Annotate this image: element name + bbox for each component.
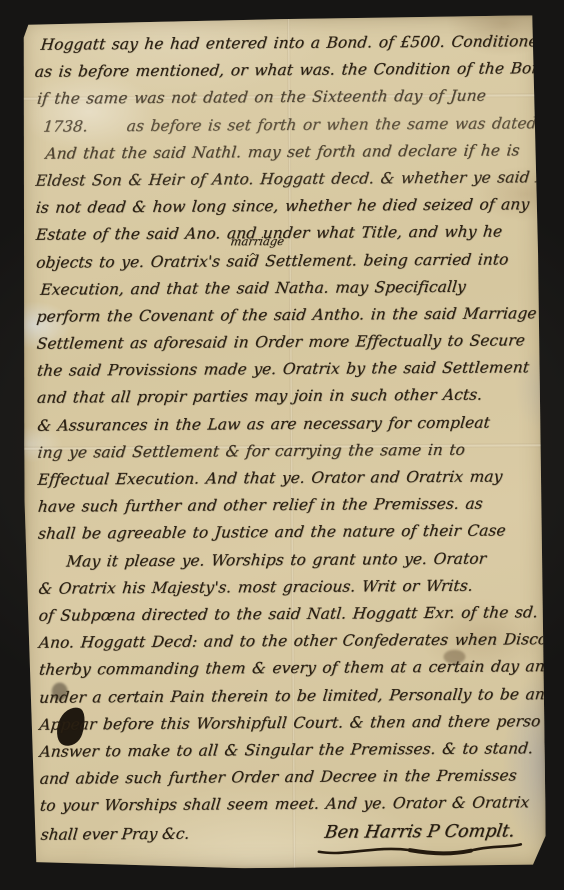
signature-block: Ben Harris P Complt.: [315, 819, 525, 859]
manuscript-lines: Hoggatt say he had entered into a Bond. …: [33, 28, 538, 820]
manuscript-line: Answer to make to all & Singular the Pre…: [38, 735, 541, 766]
manuscript-line: of Subpœna directed to the said Natl. Ho…: [37, 599, 540, 630]
manuscript-line: Appear before this Worshipfull Court. & …: [38, 708, 541, 739]
manuscript-line: And that the said Nathl. may set forth a…: [34, 137, 537, 168]
manuscript-line: if the same was not dated on the Sixteen…: [34, 83, 537, 114]
manuscript-line: & Assurances in the Law as are necessary…: [36, 409, 539, 440]
manuscript-line: the said Provissions made ye. Oratrix by…: [36, 354, 539, 385]
manuscript-line: to your Worships shall seem meet. And ye…: [39, 789, 542, 820]
manuscript-line: objects to ye. Oratrix's said Settlement…: [35, 246, 538, 277]
manuscript-line: as is before mentioned, or what was. the…: [34, 55, 537, 86]
manuscript-line: is not dead & how long since, whether he…: [34, 191, 537, 222]
signature-text: Ben Harris P Complt.: [323, 819, 517, 846]
manuscript-page: Hoggatt say he had entered into a Bond. …: [21, 15, 546, 870]
manuscript-line: Settlement as aforesaid in Order more Ef…: [35, 327, 538, 358]
manuscript-line: and that all propir parties may join in …: [36, 382, 539, 413]
manuscript-line: and abide such further Order and Decree …: [38, 762, 541, 793]
manuscript-line: Estate of the said Ano. and under what T…: [35, 219, 538, 250]
photo-background: Hoggatt say he had entered into a Bond. …: [0, 0, 564, 890]
interlineation-word: marriage: [230, 236, 285, 246]
manuscript-text: Hoggatt say he had entered into a Bond. …: [33, 28, 539, 858]
manuscript-line: 1738. as before is set forth or when the…: [34, 110, 537, 141]
manuscript-line: under a certain Pain therein to be limit…: [38, 681, 541, 712]
manuscript-line: May it please ye. Worships to grant unto…: [37, 545, 540, 576]
interlineation-caret: ^: [249, 252, 257, 263]
manuscript-line: & Oratrix his Majesty's. most gracious. …: [37, 572, 540, 603]
manuscript-line: ing ye said Settlement & for carrying th…: [36, 436, 539, 467]
closing-prayer-text: shall ever Pray &c.: [39, 821, 190, 849]
manuscript-line: shall be agreeable to Justice and the na…: [37, 518, 540, 549]
manuscript-line: Execution, and that the said Natha. may …: [35, 273, 538, 304]
manuscript-line: perform the Covenant of the said Antho. …: [35, 300, 538, 331]
manuscript-line: have such further and other relief in th…: [37, 490, 540, 521]
manuscript-line: Hoggatt say he had entered into a Bond. …: [33, 28, 536, 59]
manuscript-line: therby commanding them & every of them a…: [38, 654, 541, 685]
closing-row: shall ever Pray &c. Ben Harris P Complt.: [39, 819, 539, 858]
manuscript-line: Ano. Hoggatt Decd: and to the other Conf…: [37, 626, 540, 657]
manuscript-line: Effectual Execution. And that ye. Orator…: [36, 463, 539, 494]
manuscript-line: Eldest Son & Heir of Anto. Hoggatt decd.…: [34, 164, 537, 195]
